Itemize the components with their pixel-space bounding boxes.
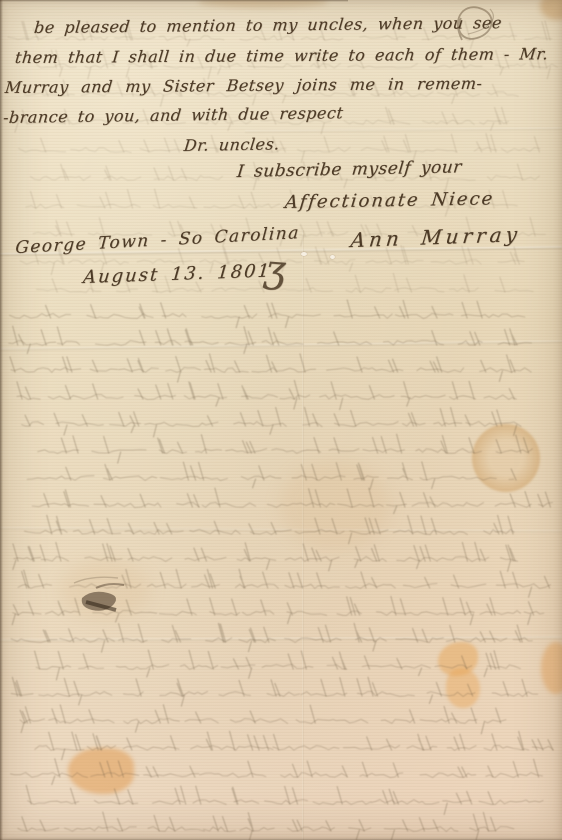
letter-closing-line: Affectionate Niece (284, 188, 496, 213)
ink-blot (74, 577, 124, 611)
paper-speck (301, 252, 307, 256)
stain (472, 424, 540, 492)
letter-date-line: August 13. 1801 (82, 260, 272, 288)
letter-page: be pleased to mention to my uncles, when… (0, 0, 562, 840)
letter-signature: Ann Murray (349, 222, 522, 252)
bleed-through-writing (0, 0, 562, 840)
stain (60, 560, 150, 620)
fold-crease (0, 636, 562, 642)
letter-body-line: Murray and my Sister Betsey joins me in … (4, 74, 483, 97)
stain (446, 668, 480, 708)
stain (280, 460, 390, 550)
fold-crease (0, 527, 562, 533)
ink-marks (0, 0, 562, 840)
paper-edge-top (0, 0, 348, 2)
stain (438, 642, 478, 676)
paper-texture (0, 0, 562, 840)
stain (541, 642, 562, 694)
fold-crease (0, 340, 562, 351)
letter-closing-line: I subscribe myself your (236, 157, 463, 182)
letter-body-line: be pleased to mention to my uncles, when… (33, 13, 503, 37)
paper-speck (330, 255, 335, 259)
stain (540, 0, 562, 20)
stain (198, 0, 328, 8)
flourish-glyph: ʒ (263, 246, 288, 291)
fold-crease-vertical (302, 230, 304, 840)
letter-salutation: Dr. uncles. (183, 134, 281, 155)
paper-vignette (0, 0, 562, 840)
letter-place-line: George Town - So Carolina (15, 223, 301, 258)
fold-crease (245, 127, 562, 133)
stain (68, 748, 134, 794)
letter-body-line: them that I shall in due time write to e… (14, 44, 549, 67)
letter-body-line: -brance to you, and with due respect (2, 103, 344, 127)
